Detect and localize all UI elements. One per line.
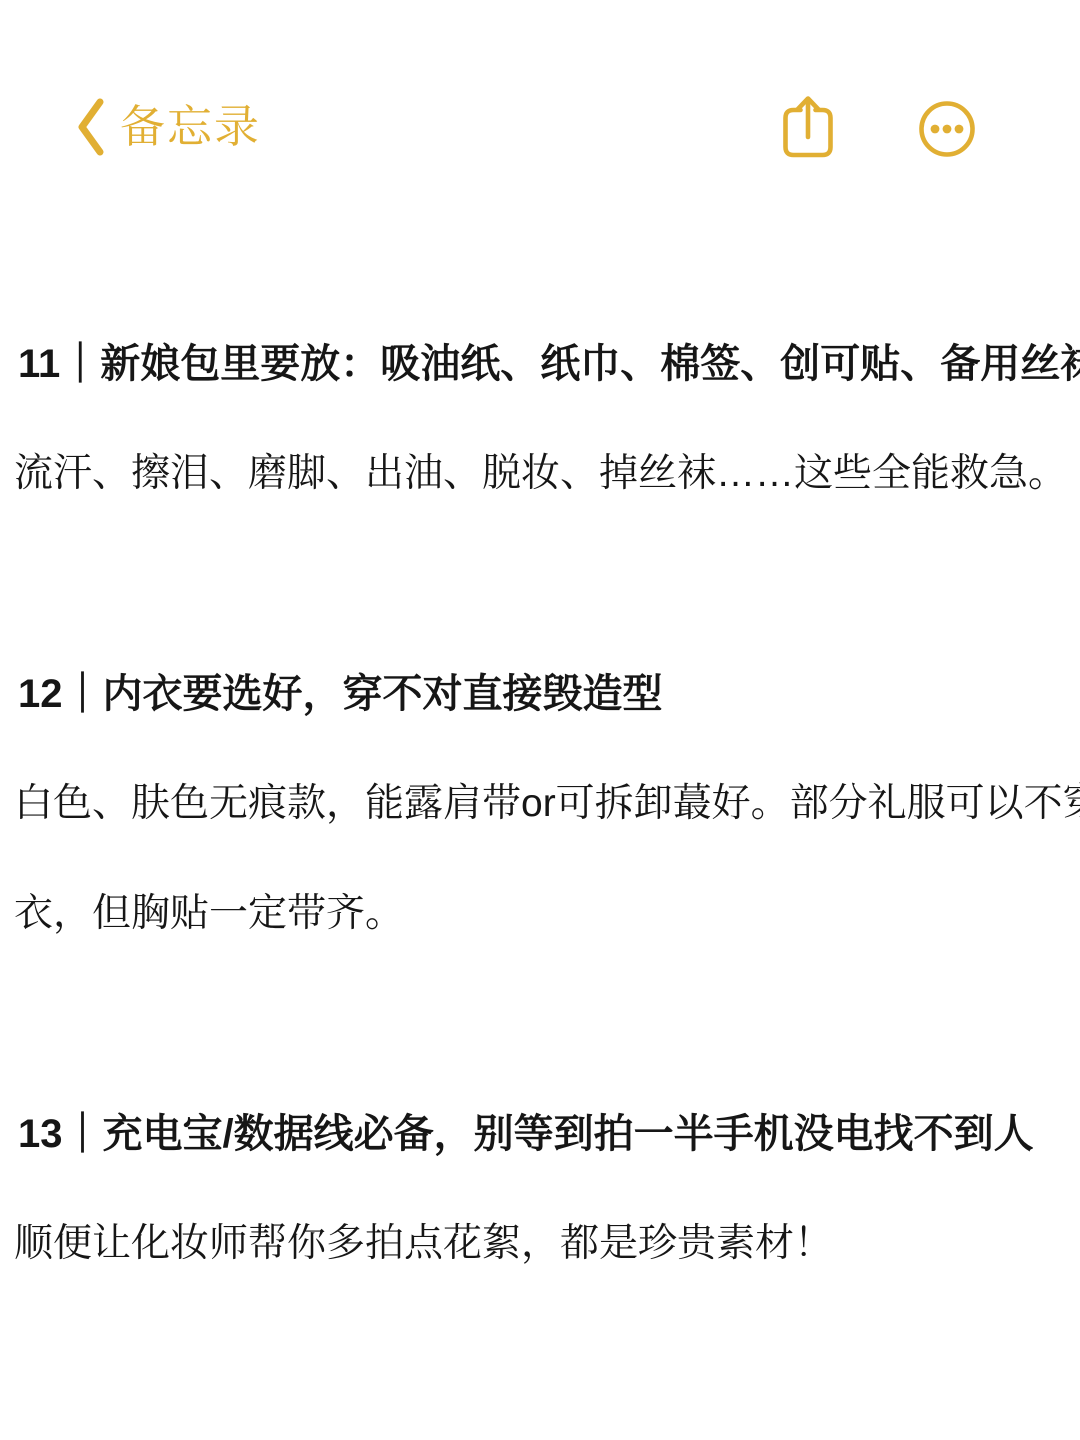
notes-app-screen: 备忘录 11｜新娘包里要放：吸油纸、纸巾、棉签、创可贴、备用丝袜 流汗、擦泪、磨… <box>0 0 1080 1440</box>
section-heading: 13｜充电宝/数据线必备，别等到拍一半手机没电找不到人 <box>14 1079 1070 1189</box>
section-body-line: 衣，但胸贴一定带齐。 <box>14 859 1070 969</box>
section-body-line: 流汗、擦泪、磨脚、出油、脱妆、掉丝袜……这些全能救急。 <box>14 419 1070 529</box>
section-body-line: 顺便让化妆师帮你多拍点花絮，都是珍贵素材！ <box>14 1189 1070 1299</box>
more-options-icon <box>918 100 976 158</box>
section-heading: 12｜内衣要选好，穿不对直接毁造型 <box>14 639 1070 749</box>
note-content[interactable]: 11｜新娘包里要放：吸油纸、纸巾、棉签、创可贴、备用丝袜 流汗、擦泪、磨脚、出油… <box>14 309 1070 1299</box>
back-label: 备忘录 <box>120 96 261 158</box>
nav-bar: 备忘录 <box>0 0 1080 200</box>
note-section-11: 11｜新娘包里要放：吸油纸、纸巾、棉签、创可贴、备用丝袜 流汗、擦泪、磨脚、出油… <box>14 309 1070 529</box>
back-button[interactable]: 备忘录 <box>74 96 261 158</box>
share-icon <box>781 94 835 160</box>
more-button[interactable] <box>918 100 976 158</box>
note-section-12: 12｜内衣要选好，穿不对直接毁造型 白色、肤色无痕款，能露肩带or可拆卸蕞好。部… <box>14 639 1070 969</box>
chevron-left-icon <box>74 96 106 158</box>
section-body-line: 白色、肤色无痕款，能露肩带or可拆卸蕞好。部分礼服可以不穿内 <box>14 749 1070 859</box>
share-button[interactable] <box>781 94 835 160</box>
note-section-13: 13｜充电宝/数据线必备，别等到拍一半手机没电找不到人 顺便让化妆师帮你多拍点花… <box>14 1079 1070 1299</box>
section-heading: 11｜新娘包里要放：吸油纸、纸巾、棉签、创可贴、备用丝袜 <box>14 309 1070 419</box>
